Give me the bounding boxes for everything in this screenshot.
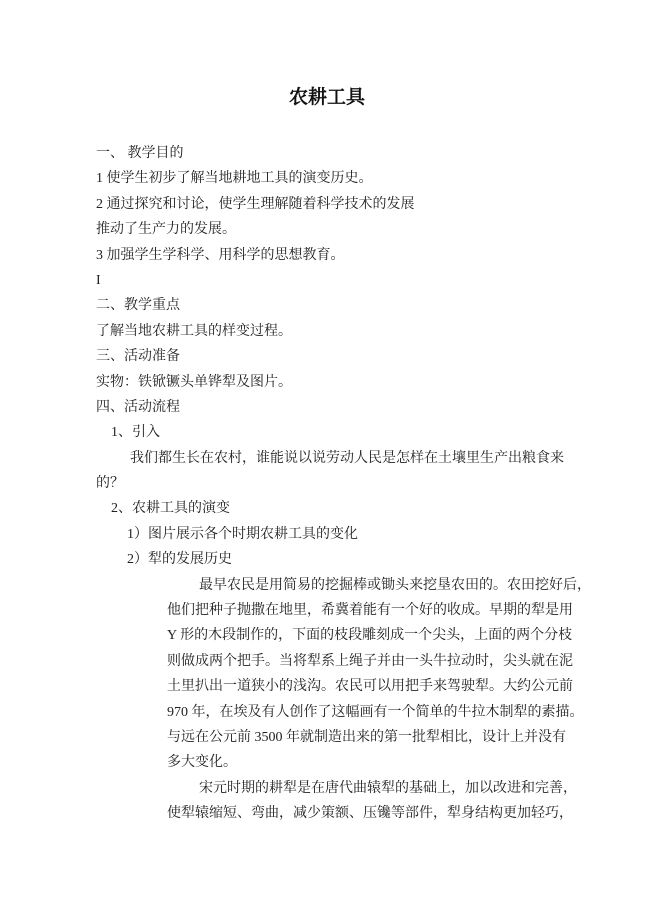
- doc-line-goal-2: 2 通过探究和讨论，使学生理解随着科学技术的发展: [96, 192, 558, 217]
- doc-line-para1-4: 则做成两个把手。当将犁系上绳子并由一头牛拉动时，尖头就在泥: [96, 649, 558, 674]
- doc-line-step-2: 2、农耕工具的演变: [96, 496, 558, 521]
- doc-line-section-4: 四、活动流程: [96, 395, 558, 420]
- document-page: 农耕工具 一、 教学目的 1 使学生初步了解当地耕地工具的演变历史。 2 通过探…: [0, 0, 650, 919]
- doc-line-substep-1: 1）图片展示各个时期农耕工具的变化: [96, 522, 558, 547]
- document-body: 一、 教学目的 1 使学生初步了解当地耕地工具的演变历史。 2 通过探究和讨论，…: [96, 141, 558, 827]
- doc-line-intro-question: 我们都生长在农村，谁能说以说劳动人民是怎样在土壤里生产出粮食来: [96, 446, 558, 471]
- doc-line-section-1: 一、 教学目的: [96, 141, 558, 166]
- doc-line-para1-8: 多大变化。: [96, 750, 558, 775]
- doc-line-focus: 了解当地农耕工具的样变过程。: [96, 319, 558, 344]
- doc-line-materials: 实物：铁锨镢头单铧犁及图片。: [96, 370, 558, 395]
- doc-line-para2-2: 使犁辕缩短、弯曲，减少策额、压镵等部件，犁身结构更加轻巧，: [96, 801, 558, 826]
- doc-line-intro-question-2: 的？: [96, 471, 558, 496]
- doc-line-substep-2: 2）犁的发展历史: [96, 547, 558, 572]
- doc-line-stray-i: I: [96, 268, 558, 293]
- doc-line-para1-7: 与远在公元前 3500 年就制造出来的第一批犁相比，设计上并没有: [96, 725, 558, 750]
- doc-line-section-2: 二、教学重点: [96, 293, 558, 318]
- doc-line-para1-6: 970 年，在埃及有人创作了这幅画有一个简单的牛拉木制犁的素描。: [96, 700, 558, 725]
- doc-line-goal-2-cont: 推动了生产力的发展。: [96, 217, 558, 242]
- doc-line-para1-3: Y 形的木段制作的，下面的枝段雕刻成一个尖头，上面的两个分枝: [96, 623, 558, 648]
- doc-line-para1-5: 土里扒出一道狭小的浅沟。农民可以用把手来驾驶犁。大约公元前: [96, 674, 558, 699]
- doc-line-para2-1: 宋元时期的耕犁是在唐代曲辕犁的基础上，加以改进和完善，: [96, 776, 558, 801]
- doc-line-para1-2: 他们把种子抛撒在地里，希冀着能有一个好的收成。早期的犁是用: [96, 598, 558, 623]
- doc-line-goal-3: 3 加强学生学科学、用科学的思想教育。: [96, 243, 558, 268]
- page-title: 农耕工具: [96, 85, 558, 111]
- doc-line-section-3: 三、活动准备: [96, 344, 558, 369]
- doc-line-para1-1: 最早农民是用简易的挖掘棒或锄头来挖垦农田的。农田挖好后，: [96, 573, 558, 598]
- doc-line-step-1: 1、引入: [96, 420, 558, 445]
- doc-line-goal-1: 1 使学生初步了解当地耕地工具的演变历史。: [96, 166, 558, 191]
- document-content: 农耕工具 一、 教学目的 1 使学生初步了解当地耕地工具的演变历史。 2 通过探…: [96, 85, 558, 827]
